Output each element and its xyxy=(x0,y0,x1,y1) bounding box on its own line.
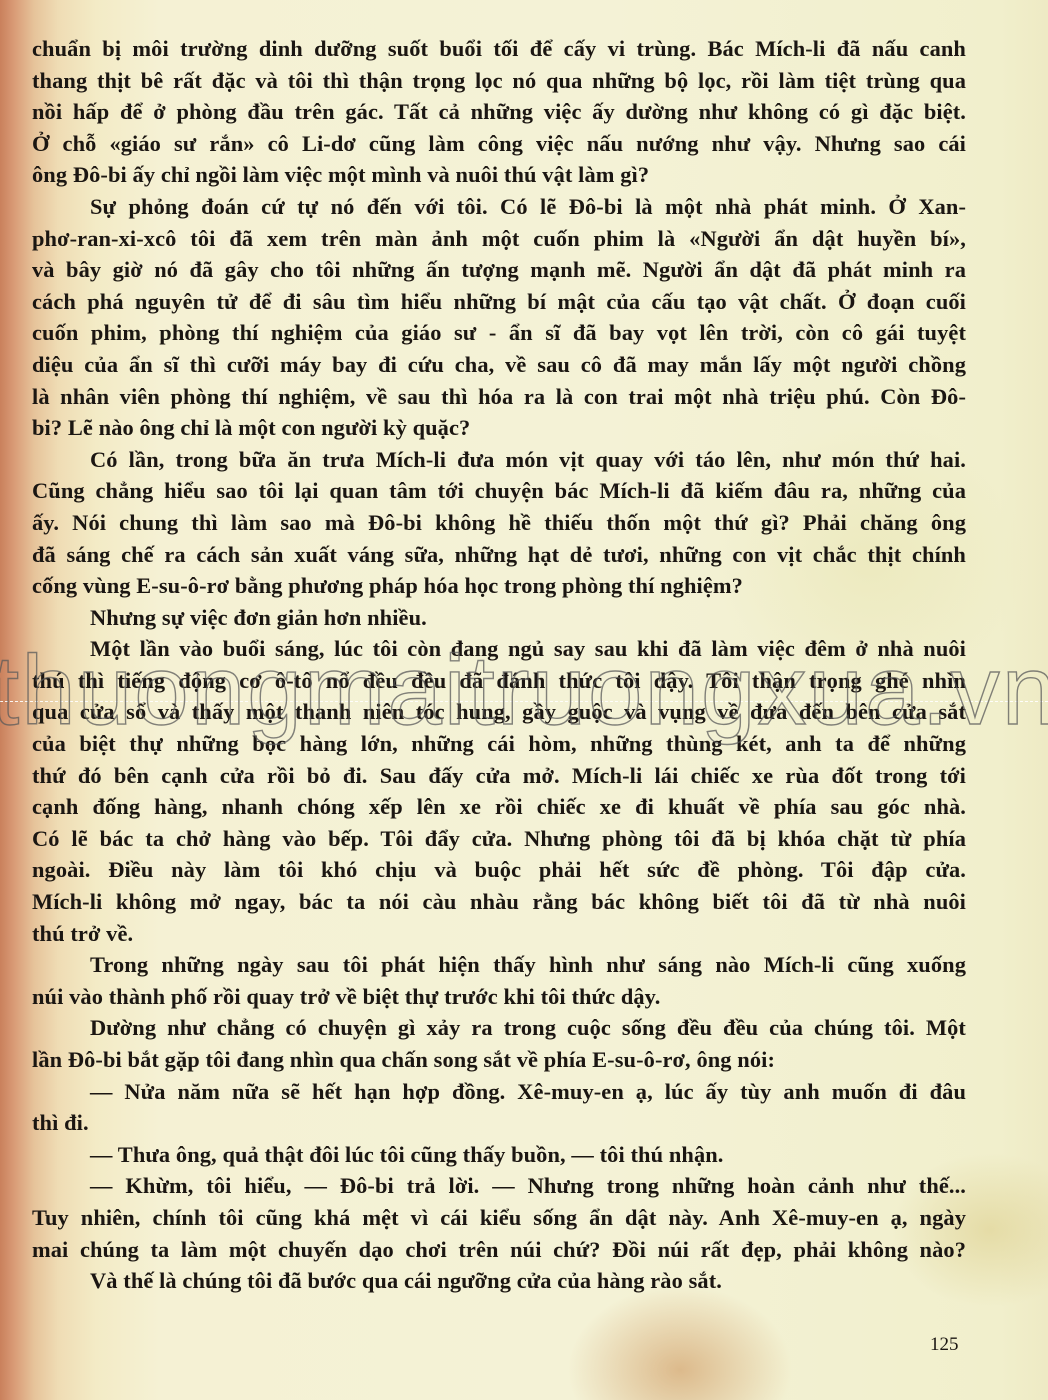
text-line: Có lần, trong bữa ăn trưa Mích-li đưa mó… xyxy=(32,444,966,476)
text-line: Sự phỏng đoán cứ tự nó đến với tôi. Có l… xyxy=(32,191,966,223)
text-line: thú trở về. xyxy=(32,918,966,950)
text-line: Cũng chẳng hiểu sao tôi lại quan tâm tới… xyxy=(32,475,966,507)
text-line: — Khừm, tôi hiểu, — Đô-bi trả lời. — Như… xyxy=(32,1170,966,1202)
text-line: cách phá nguyên tử để đi sâu tìm hiểu nh… xyxy=(32,286,966,318)
text-line: ngoài. Điều này làm tôi khó chịu và buộc… xyxy=(32,854,966,886)
text-line: Có lẽ bác ta chở hàng vào bếp. Tôi đẩy c… xyxy=(32,823,966,855)
text-line: — Thưa ông, quả thật đôi lúc tôi cũng th… xyxy=(32,1139,966,1171)
body-text: chuẩn bị môi trường dinh dưỡng suốt buổi… xyxy=(32,33,966,1297)
page-number: 125 xyxy=(930,1334,959,1356)
text-line: chuẩn bị môi trường dinh dưỡng suốt buổi… xyxy=(32,33,966,65)
text-line: phơ-ran-xi-xcô tôi đã xem trên màn ảnh m… xyxy=(32,223,966,255)
text-line: và bây giờ nó đã gây cho tôi những ấn tư… xyxy=(32,254,966,286)
text-line: diệu của ẩn sĩ thì cưỡi máy bay đi cứu c… xyxy=(32,349,966,381)
text-line: Nhưng sự việc đơn giản hơn nhiều. xyxy=(32,602,966,634)
text-line: là nhân viên phòng thí nghiệm, về sau th… xyxy=(32,381,966,413)
text-line: cạnh đống hàng, nhanh chóng xếp lên xe r… xyxy=(32,791,966,823)
text-line: núi vào thành phố rồi quay trở về biệt t… xyxy=(32,981,966,1013)
text-line: bi? Lẽ nào ông chỉ là một con người kỳ q… xyxy=(32,412,966,444)
text-line: của biệt thự những bọc hàng lớn, những c… xyxy=(32,728,966,760)
scanned-book-page: chuẩn bị môi trường dinh dưỡng suốt buổi… xyxy=(0,0,1048,1400)
text-line: Mích-li không mở ngay, bác ta nói càu nh… xyxy=(32,886,966,918)
text-line: Dường như chẳng có chuyện gì xảy ra tron… xyxy=(32,1012,966,1044)
text-line: lần Đô-bi bắt gặp tôi đang nhìn qua chấn… xyxy=(32,1044,966,1076)
text-line: Trong những ngày sau tôi phát hiện thấy … xyxy=(32,949,966,981)
text-line: thì đi. xyxy=(32,1107,966,1139)
text-line: — Nửa năm nữa sẽ hết hạn hợp đồng. Xê-mu… xyxy=(32,1076,966,1108)
text-line: Một lần vào buổi sáng, lúc tôi còn đang … xyxy=(32,633,966,665)
text-line: thang thịt bê rất đặc và tôi thì thận tr… xyxy=(32,65,966,97)
text-line: Và thế là chúng tôi đã bước qua cái ngưỡ… xyxy=(32,1265,966,1297)
text-line: cống vùng E-su-ô-rơ bằng phương pháp hóa… xyxy=(32,570,966,602)
text-line: thú thì tiếng động cơ ô-tô nổ đều đều đã… xyxy=(32,665,966,697)
text-line: Tuy nhiên, chính tôi cũng khá mệt vì cái… xyxy=(32,1202,966,1234)
text-line: mai chúng ta làm một chuyến dạo chơi trê… xyxy=(32,1234,966,1266)
text-line: qua cửa sổ và thấy một thanh niên tóc hu… xyxy=(32,696,966,728)
text-line: ấy. Nói chung thì làm sao mà Đô-bi không… xyxy=(32,507,966,539)
text-line: ông Đô-bi ấy chỉ ngồi làm việc một mình … xyxy=(32,159,966,191)
text-line: đã sáng chế ra cách sản xuất váng sữa, n… xyxy=(32,539,966,571)
text-line: nồi hấp để ở phòng đầu trên gác. Tất cả … xyxy=(32,96,966,128)
text-line: Ở chỗ «giáo sư rắn» cô Li-dơ cũng làm cô… xyxy=(32,128,966,160)
text-line: cuốn phim, phòng thí nghiệm của giáo sư … xyxy=(32,317,966,349)
text-line: thứ đó bên cạnh cửa rồi bỏ đi. Sau đấy c… xyxy=(32,760,966,792)
